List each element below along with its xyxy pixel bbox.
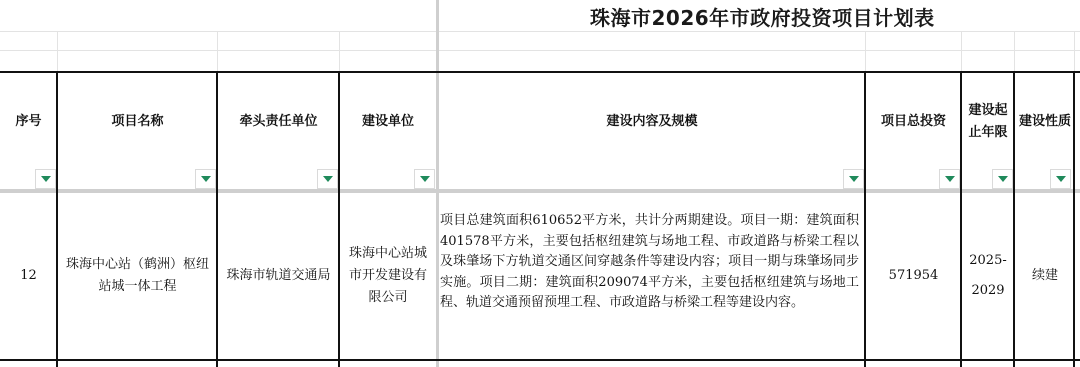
gridline bbox=[0, 50, 1080, 51]
sheet-title: 珠海市2026年市政府投资项目计划表 bbox=[590, 2, 935, 31]
filter-content-button[interactable] bbox=[843, 169, 864, 189]
dropdown-triangle-icon bbox=[201, 176, 211, 182]
dropdown-triangle-icon bbox=[41, 176, 51, 182]
column-border bbox=[338, 71, 340, 367]
column-border bbox=[960, 71, 962, 367]
cell-nature[interactable]: 续建 bbox=[1015, 193, 1075, 359]
header-content[interactable]: 建设内容及规模 bbox=[439, 72, 865, 190]
column-border bbox=[1073, 71, 1075, 367]
dropdown-triangle-icon bbox=[323, 176, 333, 182]
cell-content[interactable]: 项目总建筑面积610652平方米，共计分两期建设。项目一期：建筑面积401578… bbox=[439, 193, 865, 359]
dropdown-triangle-icon bbox=[420, 176, 430, 182]
dropdown-triangle-icon bbox=[945, 176, 955, 182]
gridline bbox=[0, 31, 1080, 32]
column-border bbox=[56, 71, 58, 367]
dropdown-triangle-icon bbox=[1056, 176, 1066, 182]
column-border bbox=[216, 71, 218, 367]
gridline bbox=[961, 31, 962, 72]
filter-lead-unit-button[interactable] bbox=[317, 169, 338, 189]
row-border-bottom bbox=[0, 359, 1080, 361]
filter-nature-button[interactable] bbox=[1050, 169, 1071, 189]
gridline bbox=[1074, 31, 1075, 72]
gridline bbox=[217, 31, 218, 72]
cell-seq[interactable]: 12 bbox=[0, 193, 57, 359]
cell-builder[interactable]: 珠海中心站城市开发建设有限公司 bbox=[340, 193, 436, 359]
cell-period[interactable]: 2025-2029 bbox=[962, 193, 1014, 359]
gridline bbox=[339, 31, 340, 72]
filter-builder-button[interactable] bbox=[414, 169, 435, 189]
filter-total-invest-button[interactable] bbox=[939, 169, 960, 189]
column-border bbox=[1013, 71, 1015, 367]
gridline bbox=[57, 31, 58, 72]
gridline bbox=[1014, 31, 1015, 72]
column-border bbox=[864, 71, 866, 367]
filter-period-button[interactable] bbox=[992, 169, 1013, 189]
cell-name[interactable]: 珠海中心站（鹤洲）枢纽站城一体工程 bbox=[58, 193, 217, 359]
header-name[interactable]: 项目名称 bbox=[58, 72, 217, 190]
cell-total-invest[interactable]: 571954 bbox=[866, 193, 961, 359]
dropdown-triangle-icon bbox=[849, 176, 859, 182]
dropdown-triangle-icon bbox=[998, 176, 1008, 182]
cell-lead-unit[interactable]: 珠海市轨道交通局 bbox=[218, 193, 339, 359]
gridline bbox=[865, 31, 866, 72]
filter-seq-button[interactable] bbox=[35, 169, 56, 189]
filter-name-button[interactable] bbox=[195, 169, 216, 189]
